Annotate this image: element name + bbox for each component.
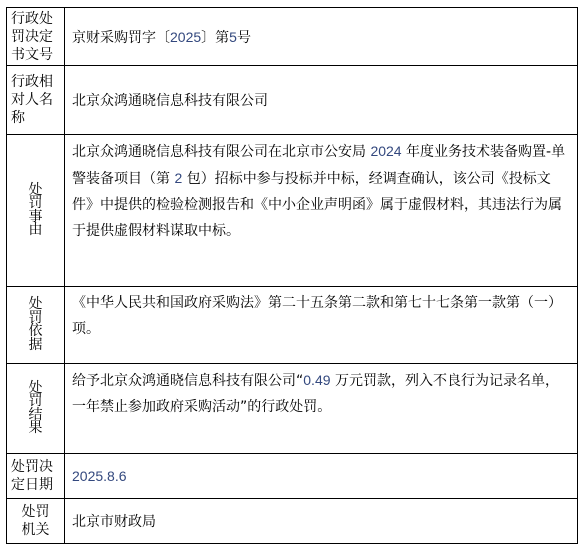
penalty-decision-table: 行政处 罚决定 书文号 京财采购罚字〔2025〕第 5 号 行政相 对人名 称 …: [6, 7, 578, 544]
table-row-penalty-basis: 处 罚 依 据 《中华人民共和国政府采购法》第二十五条第二款和第七十七条第一款第…: [7, 286, 577, 363]
row-header-penalty-result: 处 罚 结 果: [7, 364, 65, 453]
table-row-penalty-reason: 处 罚 事 由 北京众鸿通晓信息科技有限公司在北京市公安局 2024 年度业务技…: [7, 134, 577, 286]
header-line: 定日期: [11, 476, 64, 494]
penalty-result-value: 给予北京众鸿通晓信息科技有限公司“0.49 万元罚款，列入不良行为记录名单，一年…: [65, 364, 577, 453]
row-header-party-name: 行政相 对人名 称: [7, 66, 65, 134]
decision-date-value: 2025.8.6: [65, 454, 577, 498]
row-header-penalty-reason: 处 罚 事 由: [7, 135, 65, 286]
table-row-penalty-authority: 处罚 机关 北京市财政局: [7, 498, 577, 543]
document-number-value: 京财采购罚字〔2025〕第 5 号: [65, 8, 577, 65]
header-line: 处罚决: [11, 458, 64, 476]
header-line: 行政处: [11, 10, 64, 28]
header-line: 果: [7, 422, 64, 436]
table-row-decision-date: 处罚决 定日期 2025.8.6: [7, 453, 577, 498]
table-row-document-number: 行政处 罚决定 书文号 京财采购罚字〔2025〕第 5 号: [7, 8, 577, 65]
header-line: 处罚: [7, 503, 64, 521]
header-line: 称: [11, 109, 64, 127]
penalty-authority-value: 北京市财政局: [65, 499, 577, 543]
header-line: 由: [7, 224, 64, 238]
header-line: 书文号: [11, 46, 64, 64]
row-header-decision-date: 处罚决 定日期: [7, 454, 65, 498]
penalty-reason-value: 北京众鸿通晓信息科技有限公司在北京市公安局 2024 年度业务技术装备购置-单警…: [65, 135, 577, 286]
numeric-text: 5: [229, 29, 237, 45]
row-header-penalty-authority: 处罚 机关: [7, 499, 65, 543]
numeric-text: 0.49: [303, 372, 330, 388]
party-name-value: 北京众鸿通晓信息科技有限公司: [65, 66, 577, 134]
numeric-text: 2: [174, 170, 182, 186]
numeric-text: 2025: [170, 29, 201, 45]
header-line: 机关: [7, 521, 64, 539]
table-row-party-name: 行政相 对人名 称 北京众鸿通晓信息科技有限公司: [7, 65, 577, 134]
row-header-penalty-basis: 处 罚 依 据: [7, 287, 65, 363]
numeric-text: 2025.8.6: [72, 468, 127, 484]
header-line: 行政相: [11, 73, 64, 91]
header-line: 据: [7, 339, 64, 353]
numeric-text: 2024: [370, 143, 401, 159]
header-line: 对人名: [11, 91, 64, 109]
row-header-document-number: 行政处 罚决定 书文号: [7, 8, 65, 65]
penalty-basis-value: 《中华人民共和国政府采购法》第二十五条第二款和第七十七条第一款第（一）项。: [65, 287, 577, 363]
table-row-penalty-result: 处 罚 结 果 给予北京众鸿通晓信息科技有限公司“0.49 万元罚款，列入不良行…: [7, 363, 577, 453]
header-line: 罚决定: [11, 28, 64, 46]
